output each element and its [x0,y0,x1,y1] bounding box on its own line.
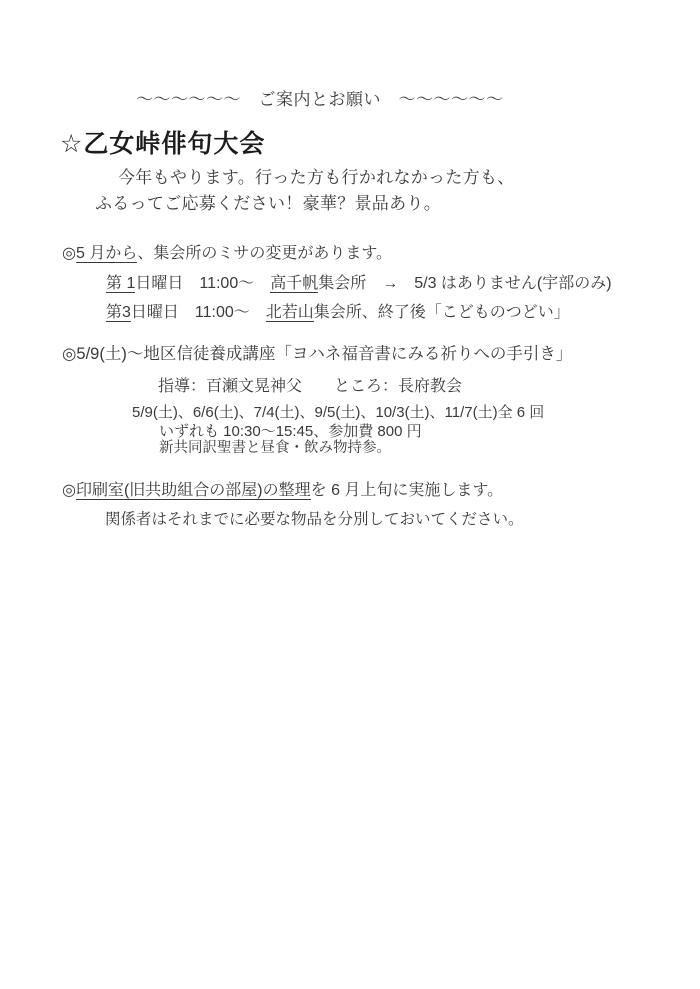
mass-row-1-day-time: 日曜日 11:00～ [135,275,270,292]
section-marker-icon: ◎ [62,245,76,262]
lecture-course-title-text: 5/9(土)～地区信徒養成講座「ヨハネ福音書にみる祈りへの手引き」 [76,345,572,363]
section-marker-icon: ◎ [62,482,76,499]
lecture-belongings-line: 新共同訳聖書と昼食・飲み物持参。 [159,440,391,457]
mass-schedule-row-2: 第3日曜日 11:00～ 北若山集会所、終了後「こどものつどい」 [106,303,570,322]
lecture-dates-line: 5/9(土)、6/6(土)、7/4(土)、9/5(土)、10/3(土)、11/7… [132,404,544,422]
print-room-note: 関係者はそれまでに必要な物品を分別しておいてください。 [105,511,524,530]
mass-schedule-row-1: 第 1日曜日 11:00～ 高千帆集会所 → 5/3 はありません(宇部のみ) [106,274,612,293]
mass-change-underlined: 5 月から [76,245,137,263]
lecture-leaders-line: 指導：百瀬文晃神父 ところ：長府教会 [158,377,462,396]
mass-change-title: ◎5 月から、集会所のミサの変更があります。 [62,244,392,263]
mass-row-2-week: 第3 [106,304,131,322]
mass-row-1-week: 第 1 [106,275,135,293]
mass-row-1-note: 集会所 → 5/3 はありません(宇部のみ) [318,275,611,292]
document-page: ～～～～～～ ご案内とお願い ～～～～～～ ☆乙女峠俳句大会 今年もやります。行… [0,0,700,989]
page-header-line: ～～～～～～ ご案内とお願い ～～～～～～ [136,90,504,110]
mass-change-rest: 、集会所のミサの変更があります。 [137,245,392,262]
mass-row-2-day-time: 日曜日 11:00～ [131,304,266,321]
haiku-contest-title: ☆乙女峠俳句大会 [60,129,265,159]
print-room-rest: を 6 月上旬に実施します。 [311,482,504,499]
section-marker-icon: ◎ [62,345,76,363]
mass-row-1-place: 高千帆 [270,275,318,293]
header-text: ～～～～～～ ご案内とお願い ～～～～～～ [136,90,504,109]
mass-row-2-place: 北若山 [266,304,314,322]
haiku-contest-title-text: 乙女峠俳句大会 [83,130,265,158]
star-icon: ☆ [60,130,83,158]
haiku-intro-line-1: 今年もやります。行った方も行かれなかった方も、 [118,168,515,188]
print-room-underlined: 印刷室(旧共助組合の部屋)の整理 [76,482,311,500]
mass-row-2-note: 集会所、終了後「こどものつどい」 [314,304,570,321]
print-room-title: ◎印刷室(旧共助組合の部屋)の整理を 6 月上旬に実施します。 [62,481,503,500]
haiku-intro-line-2: ふるってご応募ください！豪華？景品あり。 [95,194,441,214]
lecture-course-title: ◎5/9(土)～地区信徒養成講座「ヨハネ福音書にみる祈りへの手引き」 [62,345,572,365]
lecture-time-fee-line: いずれも 10:30～15:45、参加費 800 円 [159,423,422,441]
